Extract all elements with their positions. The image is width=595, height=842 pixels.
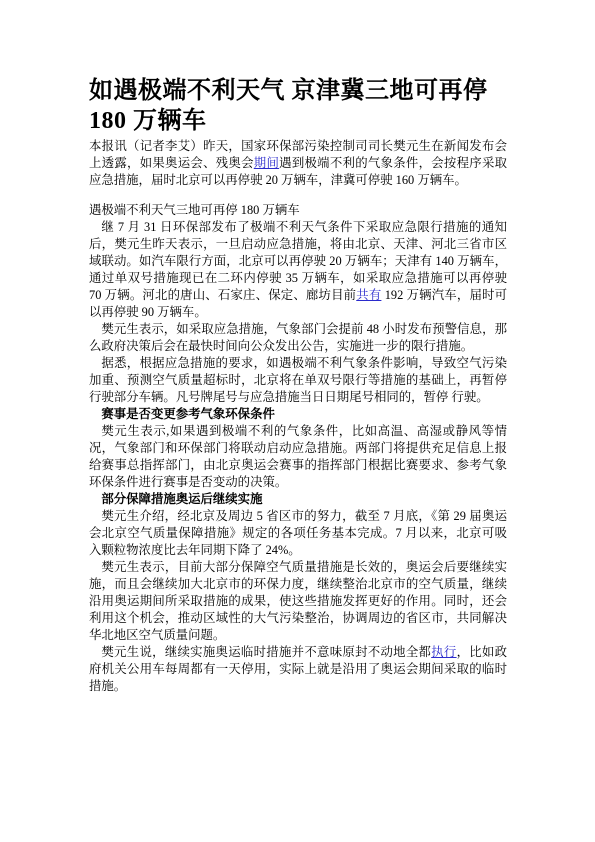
inline-link[interactable]: 共有: [356, 288, 381, 302]
document-page: { "document": { "background": "#ffffff",…: [0, 0, 595, 842]
inline-link[interactable]: 期间: [254, 156, 279, 170]
article-title-line-2: 180 万辆车: [89, 106, 507, 136]
subheading-1: 遇极端不利天气三地可再停 180 万辆车: [89, 202, 507, 219]
paragraph: 樊元生介绍，经北京及周边 5 省区市的努力，截至 7 月底，《第 29 届奥运会…: [89, 508, 507, 559]
subheading-2: 赛事是否变更参考气象环保条件: [89, 406, 507, 423]
paragraph: 樊元生表示,如果遇到极端不利的气象条件，比如高温、高湿或静风等情况，气象部门和环…: [89, 423, 507, 491]
paragraph: 樊元生表示，如采取应急措施，气象部门会提前 48 小时发布预警信息，那么政府决策…: [89, 321, 507, 355]
article-body: 本报讯（记者李艾）昨天，国家环保部污染控制司司长樊元生在新闻发布会上透露，如果奥…: [89, 138, 507, 695]
paragraph: 樊元生表示，目前大部分保障空气质量措施是长效的，奥运会后要继续实施，而且会继续加…: [89, 559, 507, 644]
subheading-3: 部分保障措施奥运后继续实施: [89, 491, 507, 508]
article-title: 如遇极端不利天气 京津冀三地可再停 180 万辆车: [89, 76, 507, 136]
paragraph: 樊元生说，继续实施奥运临时措施并不意味原封不动地全都执行，比如政府机关公用车每周…: [89, 644, 507, 695]
lead-paragraph: 本报讯（记者李艾）昨天，国家环保部污染控制司司长樊元生在新闻发布会上透露，如果奥…: [89, 138, 507, 189]
paragraph: 据悉，根据应急措施的要求，如遇极端不利气象条件影响，导致空气污染加重、预测空气质…: [89, 355, 507, 406]
paragraph: 继 7 月 31 日环保部发布了极端不利天气条件下采取应急限行措施的通知后，樊元…: [89, 219, 507, 321]
inline-link[interactable]: 执行: [431, 645, 456, 659]
article-page: 如遇极端不利天气 京津冀三地可再停 180 万辆车 本报讯（记者李艾）昨天，国家…: [89, 76, 507, 695]
article-title-line-1: 如遇极端不利天气 京津冀三地可再停: [89, 76, 507, 106]
